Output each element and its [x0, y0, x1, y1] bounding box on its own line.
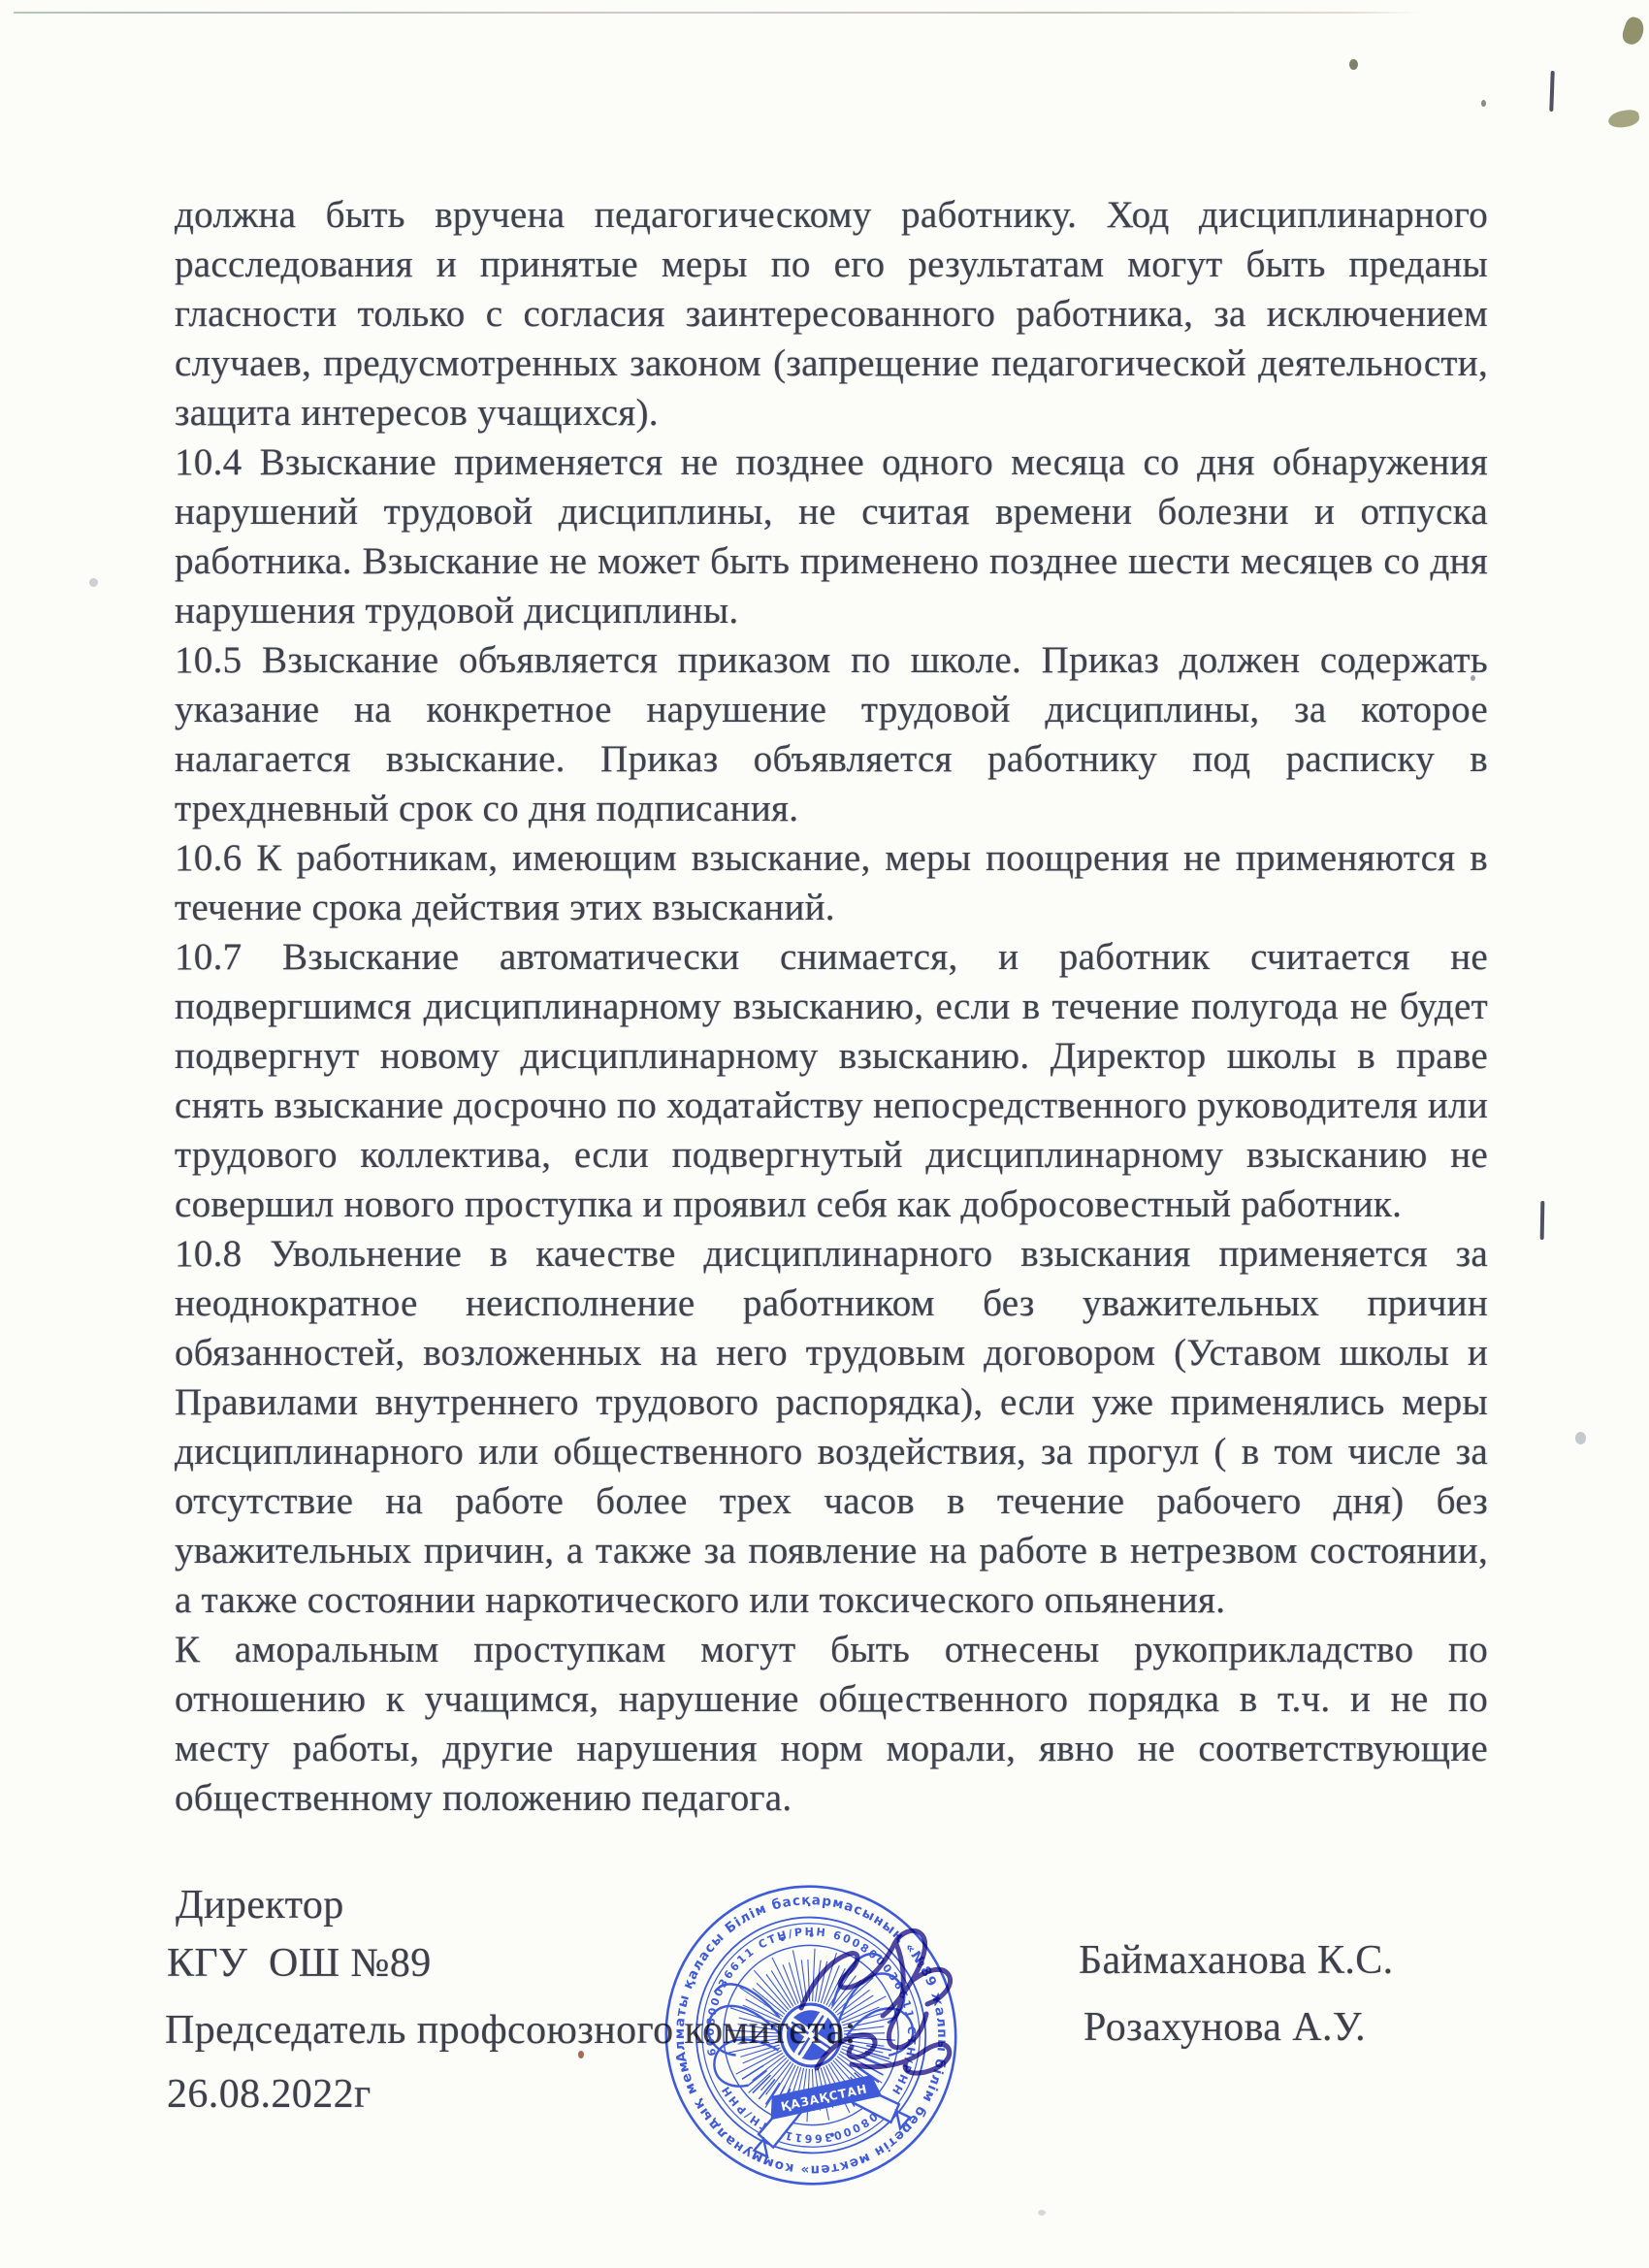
seal-svg: Алматы қаласы Білім басқармасының «№89 ж… [656, 1880, 966, 2190]
paragraph-10-4: 10.4 Взыскание применяется не позднее од… [175, 437, 1488, 635]
scanned-document-page: должна быть вручена педагогическому рабо… [0, 0, 1649, 2268]
document-date: 26.08.2022г [167, 2072, 372, 2117]
paragraph-10-7: 10.7 Взыскание автоматически снимается, … [175, 932, 1488, 1229]
seal-shanyrak [775, 1998, 847, 2071]
document-body: должна быть вручена педагогическому рабо… [175, 190, 1488, 1823]
scan-speck [1481, 100, 1486, 107]
scan-speck [1620, 16, 1647, 48]
signature-organization: КГУ ОШ №89 [167, 1941, 432, 1986]
paragraph-10-6: 10.6 К работникам, имеющим взыскание, ме… [175, 833, 1488, 932]
scan-edge-line [14, 12, 1420, 14]
ink-mark [1549, 71, 1554, 112]
scan-speck [578, 2051, 584, 2058]
paragraph-10-8: 10.8 Увольнение в качестве дисциплинарно… [175, 1229, 1488, 1625]
official-seal-stamp: Алматы қаласы Білім басқармасының «№89 ж… [656, 1880, 966, 2190]
scan-speck [1349, 59, 1358, 70]
paragraph-continuation: должна быть вручена педагогическому рабо… [175, 190, 1488, 437]
ink-mark [1540, 1201, 1545, 1240]
signature-role-director: Директор [176, 1883, 344, 1928]
paragraph-amoral: К аморальным проступкам могут быть отнес… [175, 1625, 1488, 1823]
paragraph-10-5: 10.5 Взыскание объявляется приказом по ш… [175, 635, 1488, 833]
seal-banner: ҚАЗАҚСТАН [766, 2074, 881, 2119]
scan-speck [1575, 1432, 1586, 1444]
director-name: Баймаханова К.С. [1079, 1938, 1394, 1983]
scan-speck [1038, 2210, 1046, 2216]
scan-speck [89, 578, 98, 587]
scan-speck [1607, 109, 1640, 129]
union-chair-name: Розахунова А.У. [1083, 2005, 1366, 2050]
scan-speck [1471, 675, 1475, 681]
